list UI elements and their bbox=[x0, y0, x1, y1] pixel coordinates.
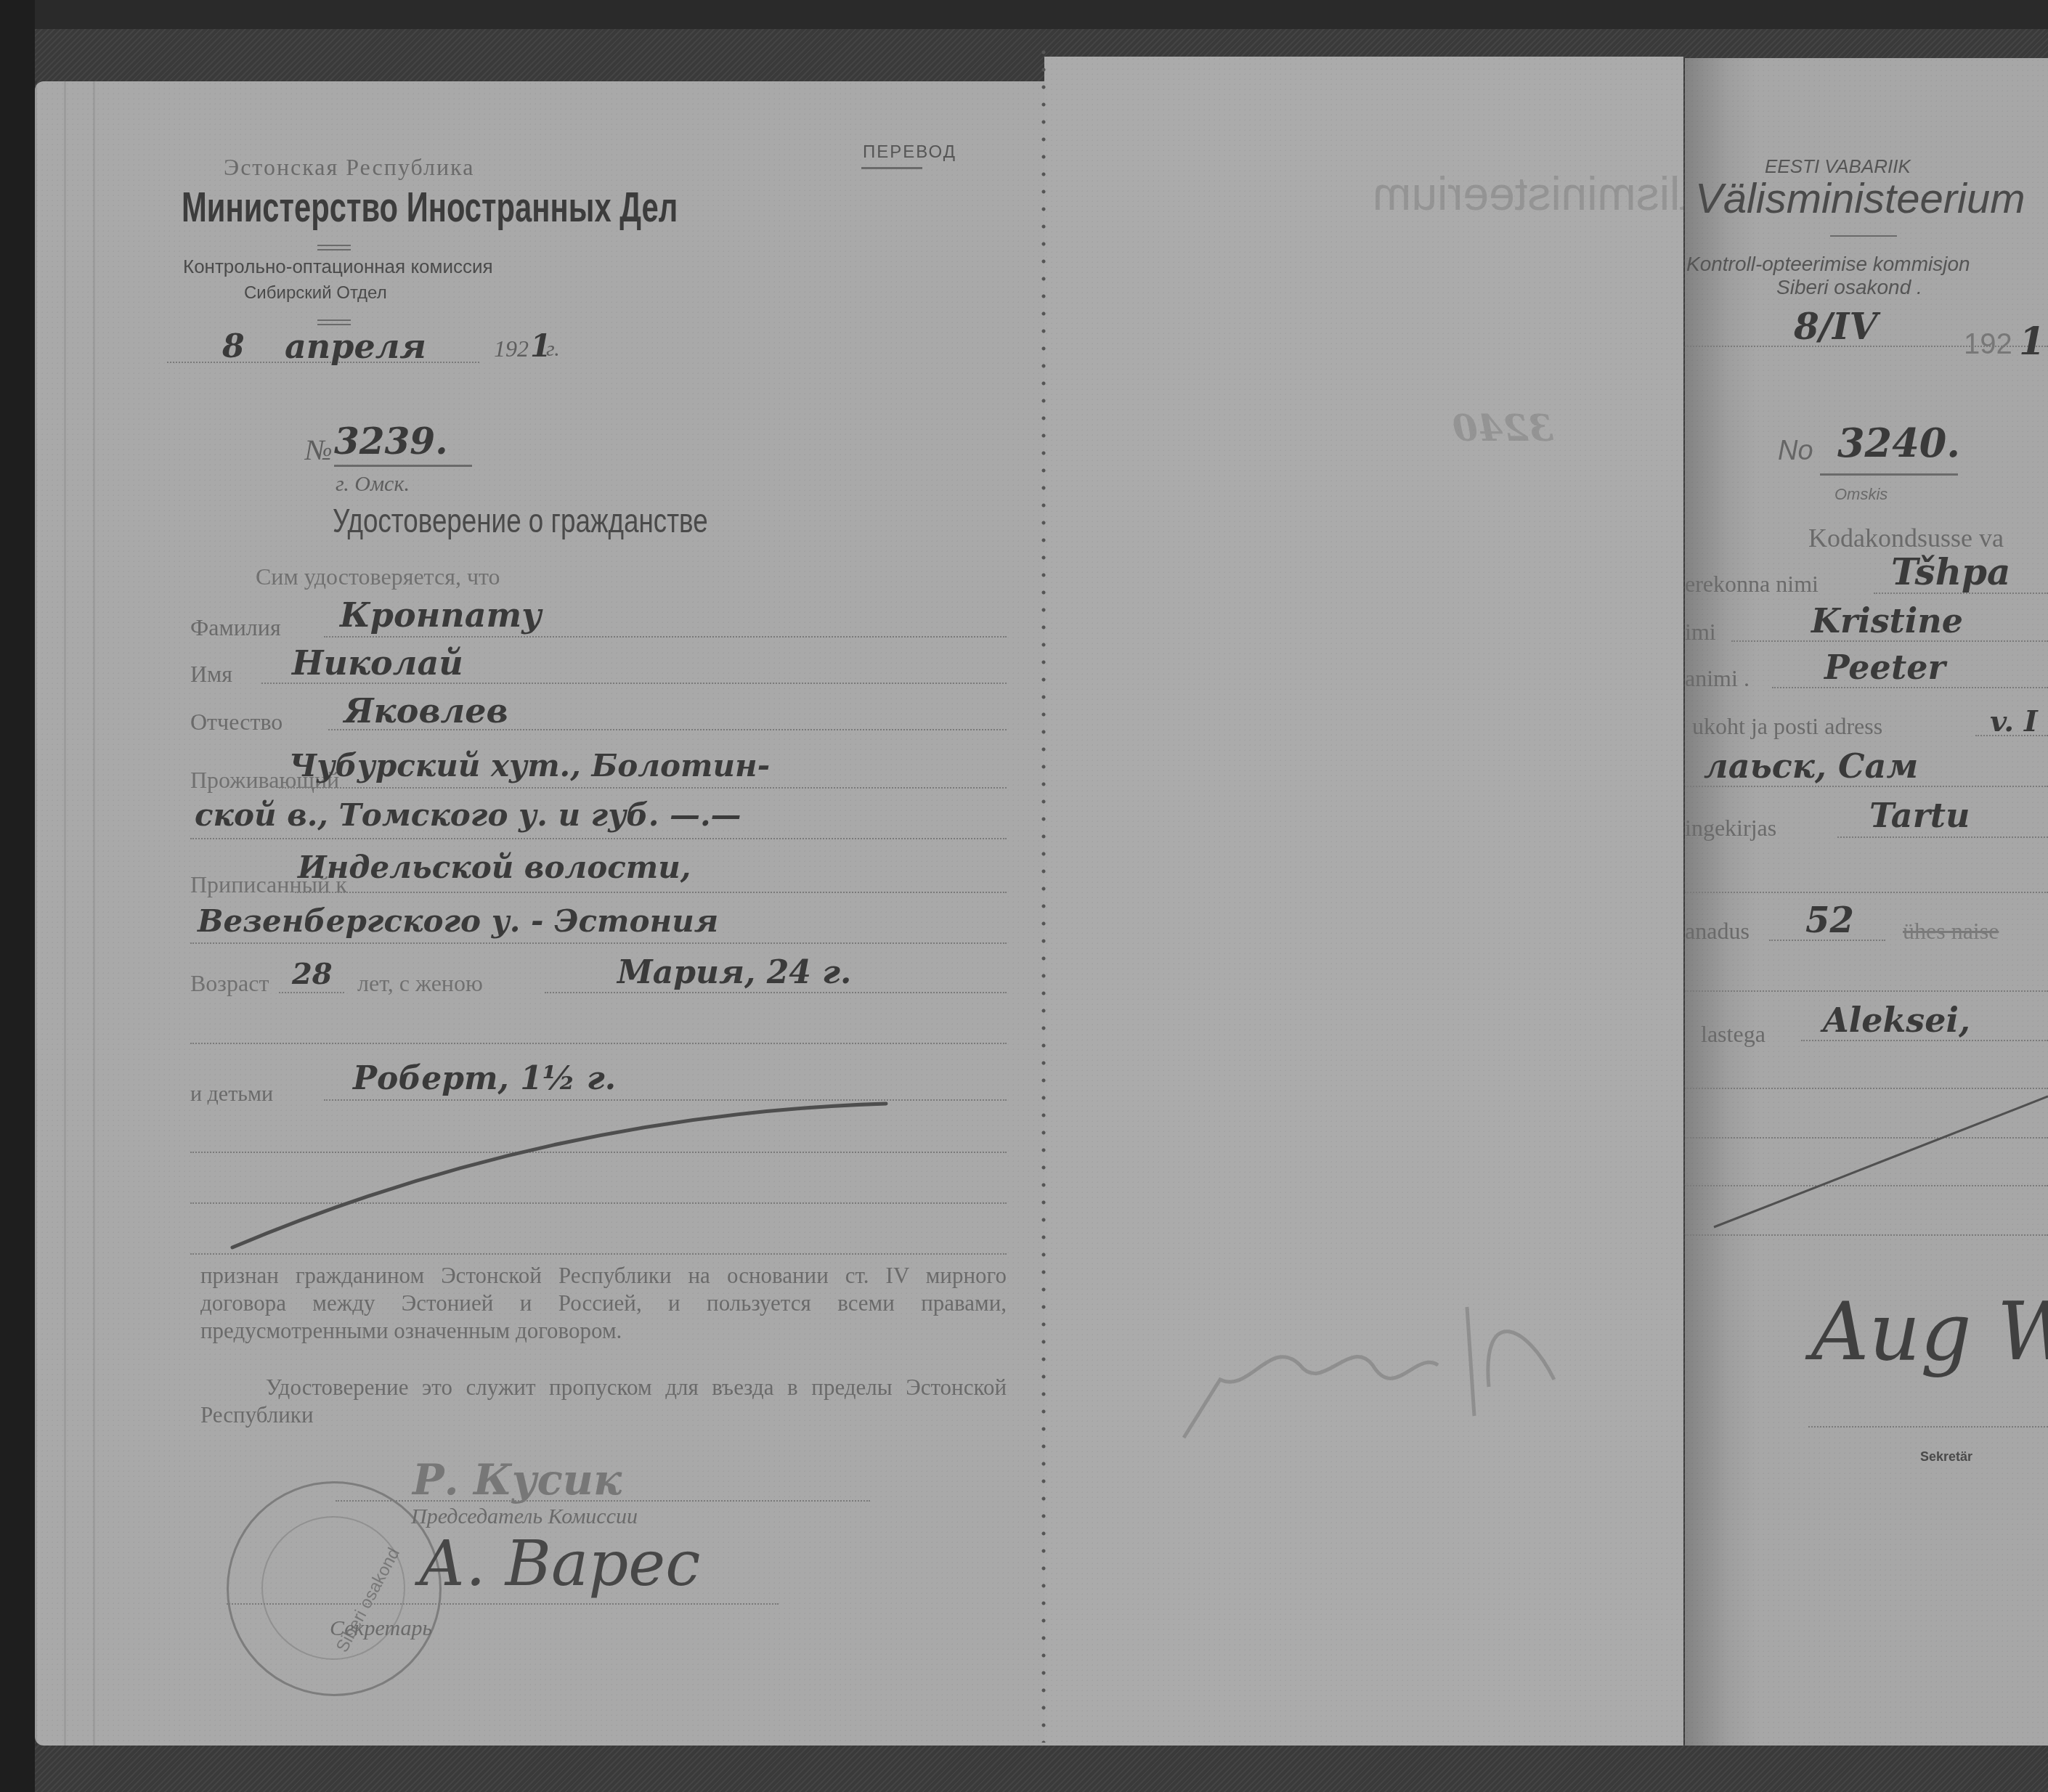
blank-line bbox=[190, 1043, 1007, 1044]
age-line bbox=[279, 992, 344, 993]
ee-certificate-number: 3240. bbox=[1837, 420, 1960, 466]
ee-surname-value: Tšhpa bbox=[1891, 550, 2010, 593]
ee-header-commission: Kontroll-opteerimise kommisjon bbox=[1686, 253, 1970, 276]
age-value: 28 bbox=[292, 957, 333, 991]
ee-number-prefix: No bbox=[1778, 436, 1813, 467]
date-year-prefix: 192 bbox=[494, 335, 529, 362]
ee-children-value: Aleksei, bbox=[1823, 1001, 1970, 1040]
ee-first-name-value: Kristine bbox=[1811, 601, 1963, 640]
ee-registry-value: Tartu bbox=[1869, 796, 1970, 835]
ee-header-department: Siberi osakond . bbox=[1776, 276, 1922, 299]
age-label: Возраст bbox=[190, 970, 269, 997]
ee-age-label: anadus bbox=[1685, 918, 1750, 945]
residing-line-2 bbox=[190, 838, 1007, 839]
ee-age-value: 52 bbox=[1805, 900, 1854, 941]
header-republic: Эстонская Республика bbox=[224, 154, 474, 181]
surname-label: Фамилия bbox=[190, 614, 281, 641]
patronymic-label: Отчество bbox=[190, 709, 283, 736]
registered-value-2: Везенбергского у. - Эстония bbox=[198, 903, 718, 939]
ee-city: Omskis bbox=[1834, 485, 1888, 504]
header-department: Сибирский Отдел bbox=[244, 283, 387, 304]
intro-text: Сим удостоверяется, что bbox=[256, 563, 500, 590]
ee-address-line-2 bbox=[1685, 786, 2048, 787]
secretary-label: Секретарь bbox=[330, 1616, 432, 1641]
ee-signature-line bbox=[1808, 1426, 2048, 1428]
ee-first-name-label: imi bbox=[1685, 619, 1716, 645]
ee-number-underline bbox=[1820, 473, 1958, 476]
wife-value: Мария, 24 г. bbox=[617, 954, 851, 991]
perforation-line bbox=[1040, 44, 1047, 1743]
chairman-label: Председатель Комиссии bbox=[411, 1504, 638, 1529]
ee-address-value-2: лаьск, Сам bbox=[1704, 746, 1918, 786]
ee-blank-line bbox=[1685, 1234, 2048, 1236]
header-divider bbox=[317, 324, 351, 325]
bleed-through-signature bbox=[1177, 1278, 1583, 1467]
ee-blank-line bbox=[1685, 990, 2048, 992]
ee-registry-label: ingekirjas bbox=[1685, 815, 1776, 842]
translation-label: ПЕРЕВОД bbox=[863, 142, 956, 163]
document-title: Удостоверение о гражданстве bbox=[333, 501, 708, 540]
city: г. Омск. bbox=[336, 472, 410, 497]
ee-first-name-line bbox=[1731, 640, 2048, 642]
body-text: признан гражданином Эстонской Республики… bbox=[200, 1262, 1007, 1345]
number-prefix: № bbox=[305, 433, 333, 467]
pass-text: Удостоверение это служит пропуском для в… bbox=[200, 1374, 1007, 1429]
ee-cancellation-stroke bbox=[1707, 1089, 2048, 1234]
ee-patronymic-value: Peeter bbox=[1824, 648, 1946, 687]
ee-header-ministry: Välisministeerium bbox=[1695, 174, 2025, 223]
first-name-label: Имя bbox=[190, 661, 232, 688]
ee-header-divider bbox=[1830, 235, 1897, 237]
number-underline bbox=[334, 465, 472, 467]
registered-line-1 bbox=[295, 892, 1007, 893]
children-value: Роберт, 1½ г. bbox=[353, 1060, 616, 1097]
registered-line-2 bbox=[190, 942, 1007, 944]
registered-value-1: Индельской волости, bbox=[298, 850, 691, 885]
ee-date-value: 8/IV bbox=[1794, 305, 1877, 348]
surname-line bbox=[324, 636, 1007, 638]
header-divider bbox=[317, 245, 351, 246]
header-ministry: Министерство Иностранных Дел bbox=[182, 183, 678, 232]
ee-signature-label: Sekretär bbox=[1920, 1449, 1972, 1465]
ee-age-struck-text: ühes naise bbox=[1903, 918, 1999, 945]
first-name-line bbox=[261, 683, 1007, 684]
residing-line-1 bbox=[279, 787, 1007, 789]
header-commission: Контрольно-оптационная комиссия bbox=[183, 256, 493, 278]
binder-spine bbox=[0, 0, 35, 1792]
header-divider bbox=[317, 319, 351, 321]
ee-surname-label: erekonna nimi bbox=[1685, 571, 1819, 598]
bleed-through-header: Välisministeerium bbox=[1373, 167, 1736, 221]
middle-page-reverse bbox=[1044, 57, 1683, 1746]
wife-line bbox=[545, 992, 1007, 993]
bleed-through-number: 3240 bbox=[1452, 407, 1553, 449]
ee-patronymic-label: animi . bbox=[1685, 665, 1750, 692]
ee-children-line bbox=[1801, 1040, 2048, 1041]
header-divider bbox=[317, 249, 351, 251]
ee-registry-line bbox=[1837, 836, 2048, 838]
ee-children-label: lastega bbox=[1701, 1021, 1765, 1048]
ee-title-fragment: Kodakondsusse va bbox=[1808, 523, 2004, 553]
age-years-label: лет, с женою bbox=[357, 970, 483, 997]
ee-address-value-1: v. I bbox=[1990, 704, 2038, 738]
certificate-number: 3239. bbox=[334, 420, 448, 463]
ee-date-year-prefix: 192 bbox=[1964, 328, 2012, 361]
chairman-line bbox=[336, 1500, 870, 1502]
translation-underline bbox=[861, 167, 922, 169]
ee-address-label: ukoht ja posti adress bbox=[1692, 713, 1882, 740]
ee-date-year-suffix: 1 bbox=[2019, 319, 2045, 364]
date-month: апреля bbox=[285, 327, 426, 366]
patronymic-value: Яковлев bbox=[344, 691, 508, 730]
date-year-unit: г. bbox=[546, 337, 560, 362]
first-name-value: Николай bbox=[292, 643, 463, 683]
cancellation-stroke bbox=[218, 1096, 901, 1256]
ee-blank-line bbox=[1685, 892, 2048, 893]
surname-value: Кронпату bbox=[340, 595, 542, 635]
ee-signature: Aug W bbox=[1811, 1285, 2048, 1378]
residing-value-1: Чубурский хут., Болотин- bbox=[289, 748, 770, 783]
secretary-signature: А. Варес bbox=[418, 1528, 700, 1600]
date-day: 8 bbox=[222, 328, 245, 365]
ee-patronymic-line bbox=[1772, 687, 2048, 688]
secretary-line bbox=[227, 1603, 779, 1605]
stacked-page-edges bbox=[35, 81, 122, 1746]
chairman-signature: Р. Кусик bbox=[413, 1455, 622, 1504]
residing-value-2: ской в., Томского у. и губ. —.— bbox=[195, 797, 741, 833]
